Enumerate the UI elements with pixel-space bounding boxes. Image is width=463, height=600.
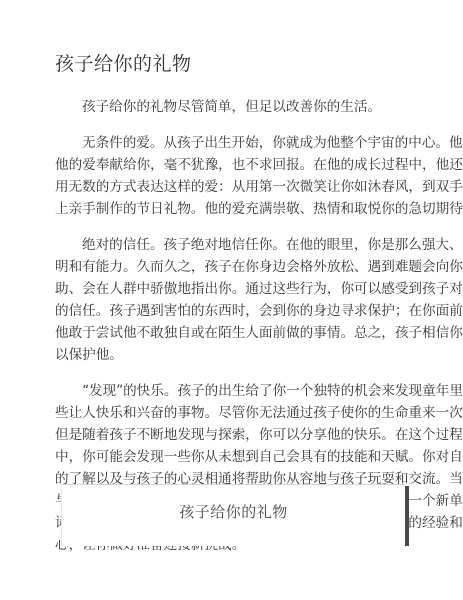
- paragraph-absolute-trust: 绝对的信任。孩子绝对地信任你。在他的眼里，你是那么强大、聪 明和有能力。久而久之…: [55, 234, 411, 366]
- paragraph-line: 些让人快乐和兴奋的事物。尽管你无法通过孩子使你的生命重来一次，: [55, 402, 411, 424]
- card-edge-bar: [405, 486, 409, 546]
- paragraph-unconditional-love: 无条件的爱。从孩子出生开始，你就成为他整个宇宙的中心。他把 他的爱奉献给你，毫不…: [55, 132, 411, 220]
- paragraph-line: 中，你可能会发现一些你从未想到自己会具有的技能和天赋。你对自己: [55, 446, 411, 468]
- paragraph-line: 孩子给你的礼物尽管简单，但足以改善你的生活。: [55, 96, 411, 118]
- paragraph-intro: 孩子给你的礼物尽管简单，但足以改善你的生活。: [55, 96, 411, 118]
- paragraph-line: 绝对的信任。孩子绝对地信任你。在他的眼里，你是那么强大、聪: [55, 234, 411, 256]
- paragraph-line: 他敢于尝试他不敢独自或在陌生人面前做的事情。总之，孩子相信你可: [55, 322, 411, 344]
- paragraph-line: 无条件的爱。从孩子出生开始，你就成为他整个宇宙的中心。他把: [55, 132, 411, 154]
- paragraph-line: 明和有能力。久而久之，孩子在你身边会格外放松、遇到难题会向你求: [55, 256, 411, 278]
- document-title: 孩子给你的礼物: [55, 52, 192, 76]
- paragraph-line: “发现”的快乐。孩子的出生给了你一个独特的机会来发现童年里那: [55, 380, 411, 402]
- paragraph-line: 但是随着孩子不断地发现与探索，你可以分享他的快乐。在这个过程: [55, 424, 411, 446]
- document-page: 孩子给你的礼物 孩子给你的礼物尽管简单，但足以改善你的生活。 无条件的爱。从孩子…: [0, 0, 463, 600]
- paragraph-line: 以保护他。: [55, 344, 411, 366]
- paragraph-line: 用无数的方式表达这样的爱：从用第一次微笑让你如沐春风，到双手奉: [55, 176, 411, 198]
- card-title: 孩子给你的礼物: [62, 502, 405, 522]
- paragraph-line: 助、会在人群中骄傲地指出你。通过这些行为，你可以感受到孩子对你: [55, 278, 411, 300]
- title-card: 孩子给你的礼物: [61, 484, 405, 546]
- paragraph-line: 他的爱奉献给你，毫不犹豫，也不求回报。在他的成长过程中，他还将: [55, 154, 411, 176]
- paragraph-line: 上亲手制作的节日礼物。他的爱充满崇敬、热情和取悦你的急切期待。: [55, 198, 411, 220]
- paragraph-line: 的信任。孩子遇到害怕的东西时，会到你的身边寻求保护；在你面前，: [55, 300, 411, 322]
